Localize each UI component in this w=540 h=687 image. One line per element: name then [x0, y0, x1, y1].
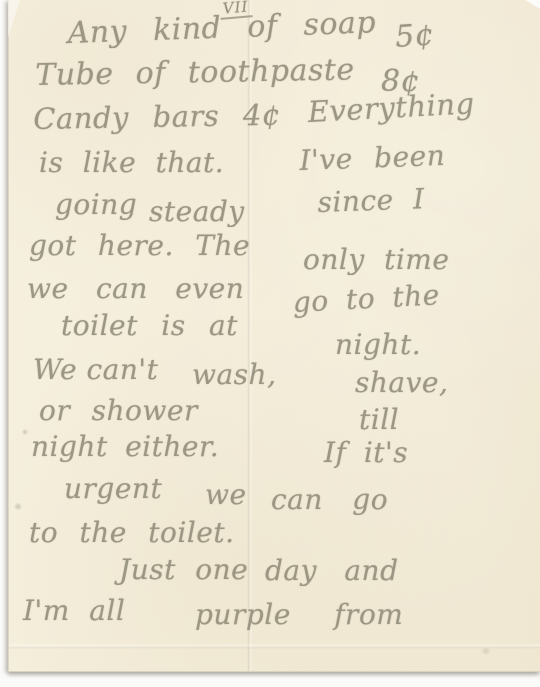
handwriting-segment: We can't [33, 353, 158, 386]
handwriting-segment: If it's [324, 436, 408, 469]
handwriting-segment: we [205, 478, 247, 511]
handwriting-segment: going [55, 188, 137, 221]
handwriting-segment: 8¢ [381, 64, 420, 99]
handwriting-segment: I've been [299, 139, 446, 177]
handwriting-segment: I'm all [23, 594, 125, 627]
scanned-letter-page: VII Any kind of soap5¢Tube of toothpaste… [0, 0, 540, 687]
handwriting-segment: we can even [27, 272, 244, 305]
handwriting-segment: Everything [307, 86, 475, 129]
letter-paper: VII Any kind of soap5¢Tube of toothpaste… [8, 0, 540, 672]
handwriting-segment: night. [335, 328, 421, 361]
handwriting-segment: Just one [119, 553, 248, 586]
fold-crease-vertical [247, 0, 252, 671]
handwriting-segment: urgent [64, 472, 162, 505]
handwriting-segment: Candy bars 4¢ [33, 98, 281, 136]
handwriting-segment: purple from [195, 598, 403, 631]
handwriting-segment: since I [317, 182, 425, 219]
handwriting-segment: got here. The [29, 229, 250, 262]
paper-corner-top-right [525, 0, 540, 9]
handwriting-segment: toilet is at [61, 309, 238, 342]
handwriting-segment: day and [265, 554, 399, 587]
handwriting-segment: only time [303, 243, 449, 276]
pencil-smudge [479, 648, 493, 654]
paper-corner-top-left [8, 0, 20, 38]
handwriting-segment: is like that. [39, 146, 224, 179]
pencil-smudge [13, 503, 23, 510]
handwriting-segment: go to the [292, 278, 441, 319]
handwriting-segment: till [359, 403, 399, 436]
handwriting-segment: can go [271, 483, 388, 516]
pencil-smudge [21, 429, 29, 435]
handwriting-segment: 5¢ [394, 17, 436, 55]
handwriting-segment: shave, [355, 366, 448, 399]
handwriting-segment: or shower [39, 394, 198, 427]
handwriting-segment: Tube of toothpaste [35, 52, 355, 93]
fold-crease-horizontal [9, 643, 540, 649]
page-number: VII [219, 0, 252, 20]
handwriting-segment: night either. [31, 430, 219, 463]
handwriting-segment: to the toilet. [29, 516, 235, 549]
handwriting-segment: wash, [192, 358, 276, 391]
handwriting-segment: steady [149, 195, 245, 228]
